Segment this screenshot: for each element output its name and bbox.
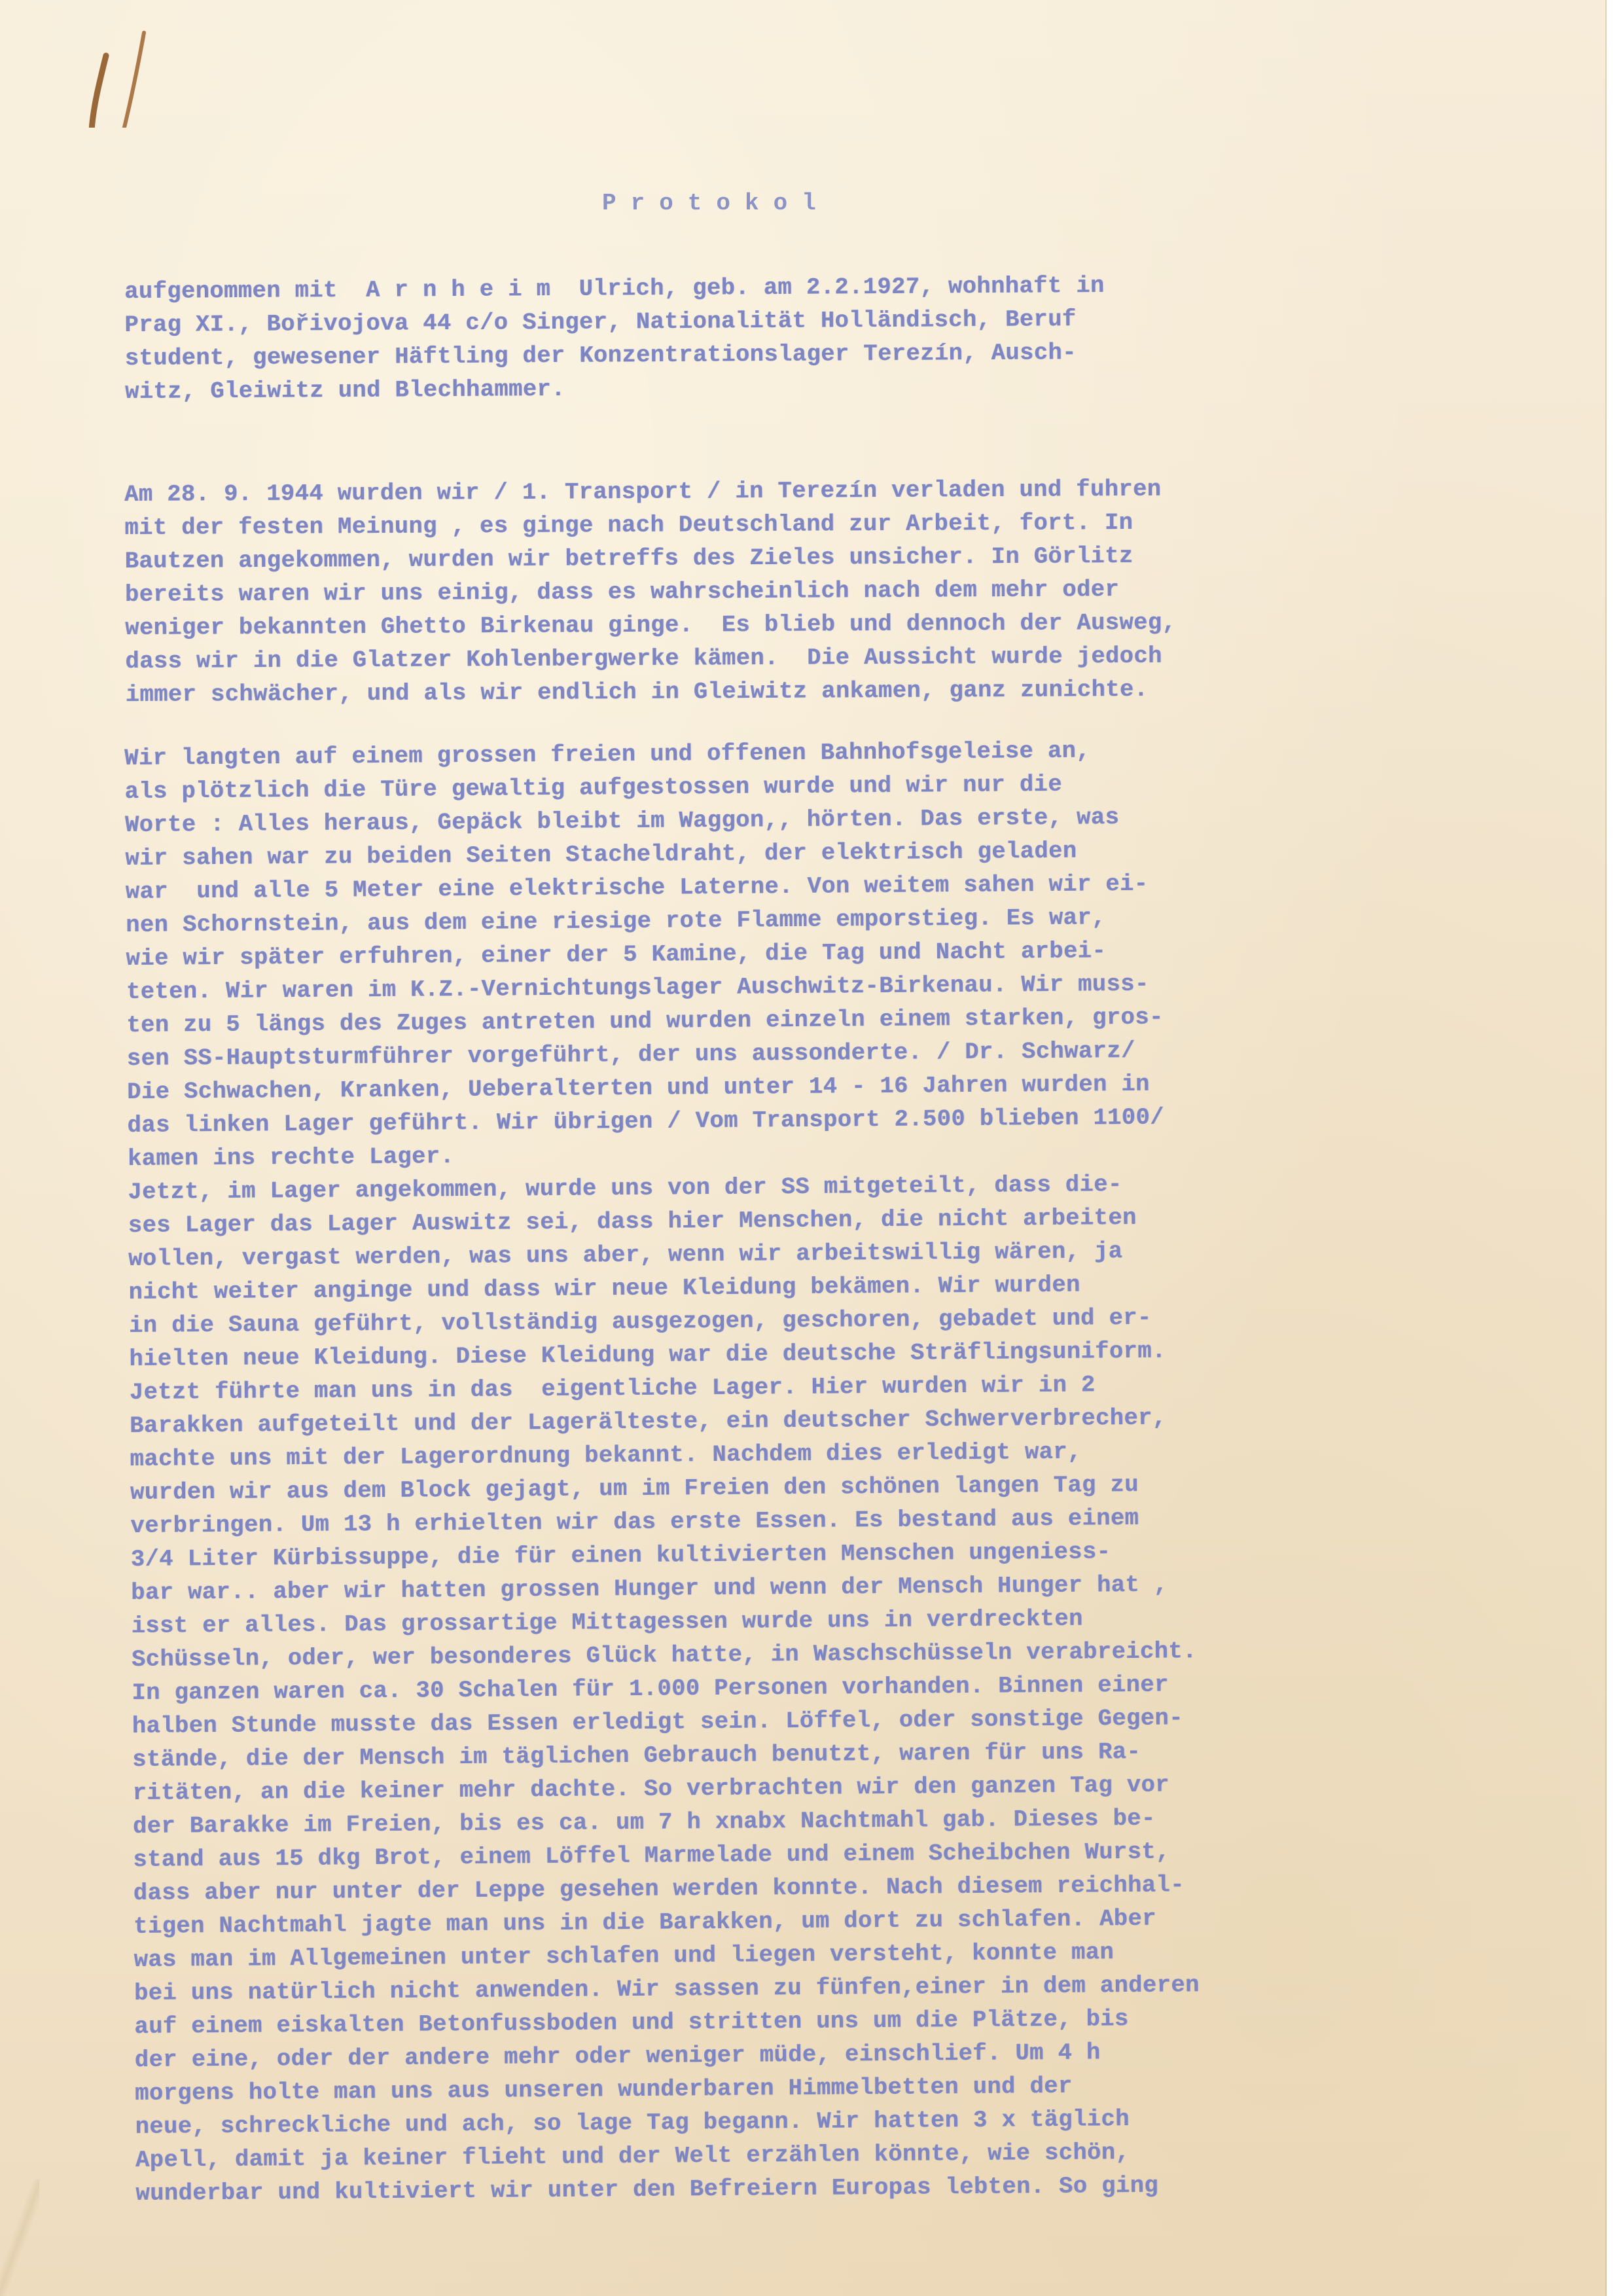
document-title: Protokol bbox=[602, 190, 830, 217]
document-page: Protokol aufgenommen mit A r n h e i m U… bbox=[0, 0, 1607, 2296]
paperclip-rust-mark-icon bbox=[85, 16, 151, 128]
paper-fold-crease bbox=[0, 2179, 39, 2296]
paragraph-arrival: Wir langten auf einem grossen freien und… bbox=[124, 730, 1602, 2210]
paragraph-transport: Am 28. 9. 1944 wurden wir / 1. Transport… bbox=[124, 470, 1592, 711]
text-line: immer schwächer, und als wir endlich in … bbox=[126, 670, 1592, 711]
subject-header: aufgenommen mit A r n h e i m Ulrich, ge… bbox=[124, 266, 1591, 408]
